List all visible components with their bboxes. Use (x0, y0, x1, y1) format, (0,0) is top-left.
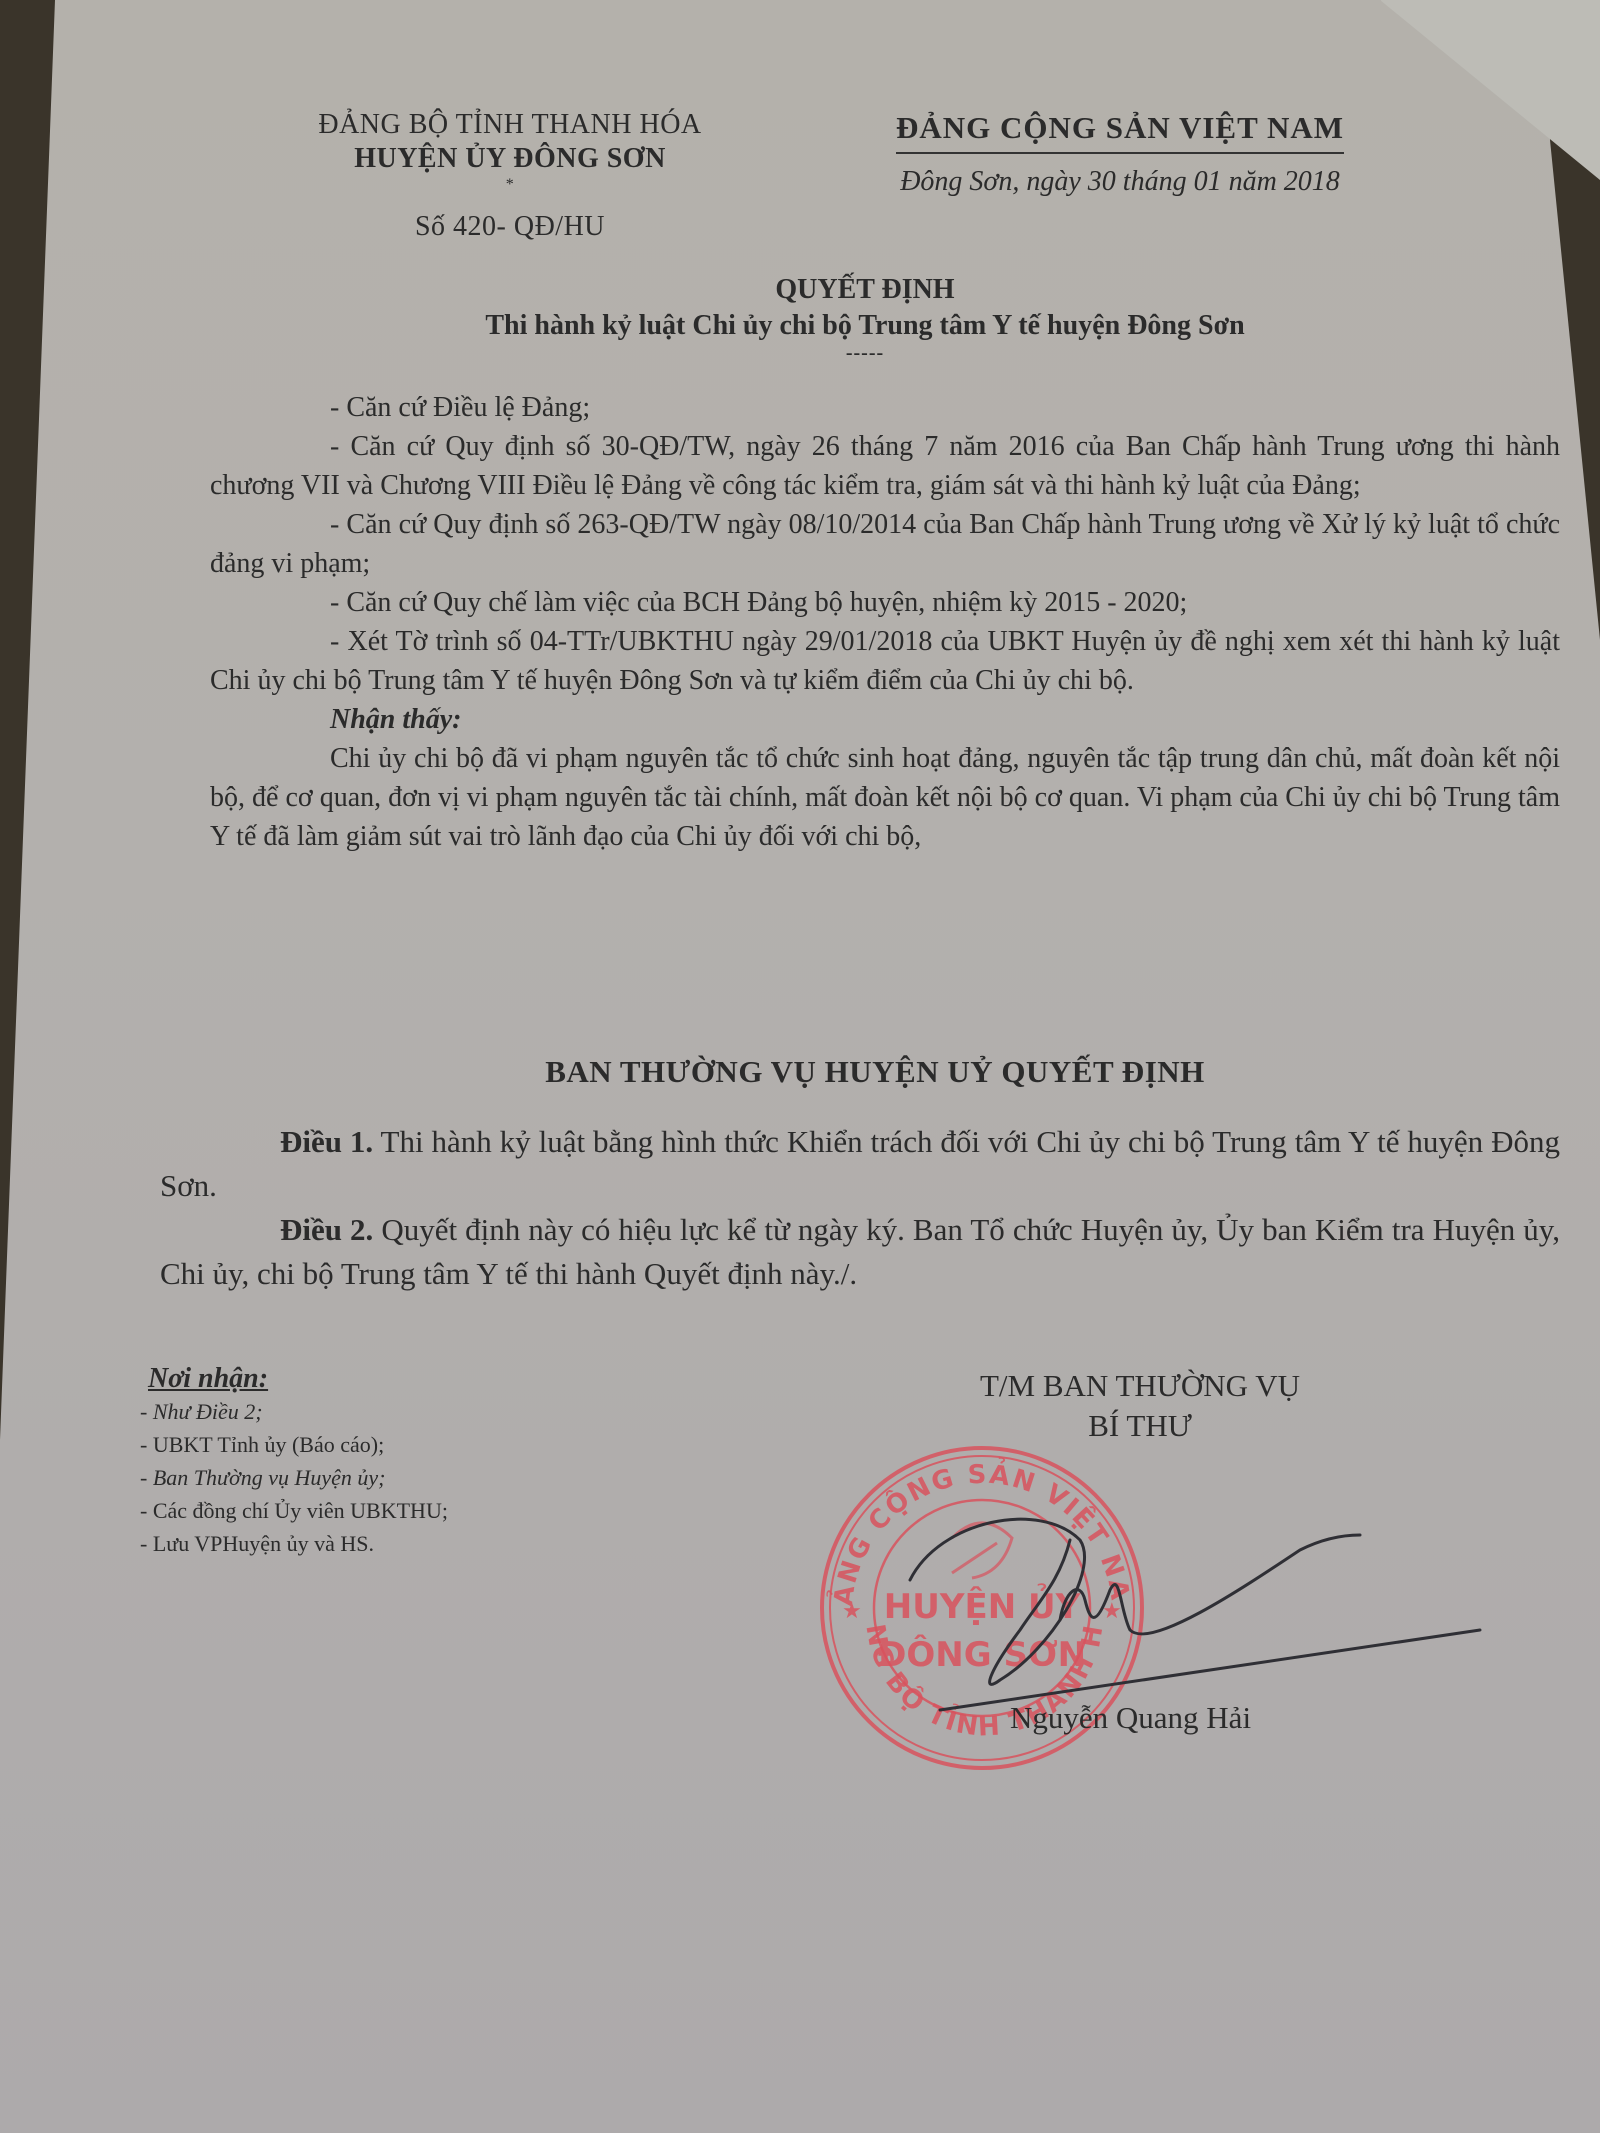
recipients-heading: Nơi nhận: (148, 1362, 620, 1395)
recipient-item: - Ban Thường vụ Huyện ủy; (140, 1461, 620, 1494)
issuer-district: HUYỆN ỦY ĐÔNG SƠN (270, 142, 750, 176)
header-mark: * (270, 176, 750, 194)
decision-heading: BAN THƯỜNG VỤ HUYỆN UỶ QUYẾT ĐỊNH (200, 1054, 1550, 1090)
basis-item: - Xét Tờ trình số 04-TTr/UBKTHU ngày 29/… (210, 622, 1560, 700)
basis-item: - Căn cứ Quy định số 30-QĐ/TW, ngày 26 t… (210, 427, 1560, 505)
svg-text:★: ★ (842, 1599, 862, 1624)
article-label: Điều 1. (280, 1124, 373, 1159)
signature-block: T/M BAN THƯỜNG VỤ BÍ THƯ (870, 1366, 1410, 1446)
title-subtitle: Thi hành kỷ luật Chi ủy chi bộ Trung tâm… (340, 310, 1390, 342)
document-date: Đông Sơn, ngày 30 tháng 01 năm 2018 (840, 166, 1400, 198)
preamble: - Căn cứ Điều lệ Đảng; - Căn cứ Quy định… (210, 388, 1560, 856)
recipient-item: - Lưu VPHuyện ủy và HS. (140, 1527, 620, 1560)
article-1: Điều 1. Thi hành kỷ luật bằng hình thức … (160, 1120, 1560, 1208)
basis-item: - Căn cứ Điều lệ Đảng; (210, 388, 1560, 427)
issuer-header: ĐẢNG BỘ TỈNH THANH HÓA HUYỆN ỦY ĐÔNG SƠN… (270, 108, 750, 244)
party-name: ĐẢNG CỘNG SẢN VIỆT NAM (896, 110, 1344, 154)
basis-item: - Căn cứ Quy định số 263-QĐ/TW ngày 08/1… (210, 505, 1560, 583)
basis-item: - Căn cứ Quy chế làm việc của BCH Đảng b… (210, 583, 1560, 622)
document-number: Số 420- QĐ/HU (270, 210, 750, 244)
recipient-item: - Các đồng chí Ủy viên UBKTHU; (140, 1494, 620, 1527)
article-2: Điều 2. Quyết định này có hiệu lực kể từ… (160, 1208, 1560, 1296)
recipient-item: - UBKT Tỉnh ủy (Báo cáo); (140, 1428, 620, 1461)
on-behalf-of: T/M BAN THƯỜNG VỤ (870, 1366, 1410, 1406)
national-header: ĐẢNG CỘNG SẢN VIỆT NAM Đông Sơn, ngày 30… (840, 110, 1400, 198)
findings-label: Nhận thấy: (210, 700, 1560, 739)
findings-text: Chi ủy chi bộ đã vi phạm nguyên tắc tổ c… (210, 739, 1560, 856)
document-title: QUYẾT ĐỊNH Thi hành kỷ luật Chi ủy chi b… (340, 274, 1390, 365)
title-main: QUYẾT ĐỊNH (340, 274, 1390, 306)
recipients-block: Nơi nhận: - Như Điều 2; - UBKT Tỉnh ủy (… (140, 1362, 620, 1560)
articles: Điều 1. Thi hành kỷ luật bằng hình thức … (160, 1120, 1560, 1296)
recipient-item: - Như Điều 2; (140, 1395, 620, 1428)
issuer-province: ĐẢNG BỘ TỈNH THANH HÓA (270, 108, 750, 142)
article-label: Điều 2. (280, 1212, 373, 1247)
title-separator: ----- (340, 342, 1390, 365)
signer-name: Nguyễn Quang Hải (1010, 1700, 1251, 1736)
